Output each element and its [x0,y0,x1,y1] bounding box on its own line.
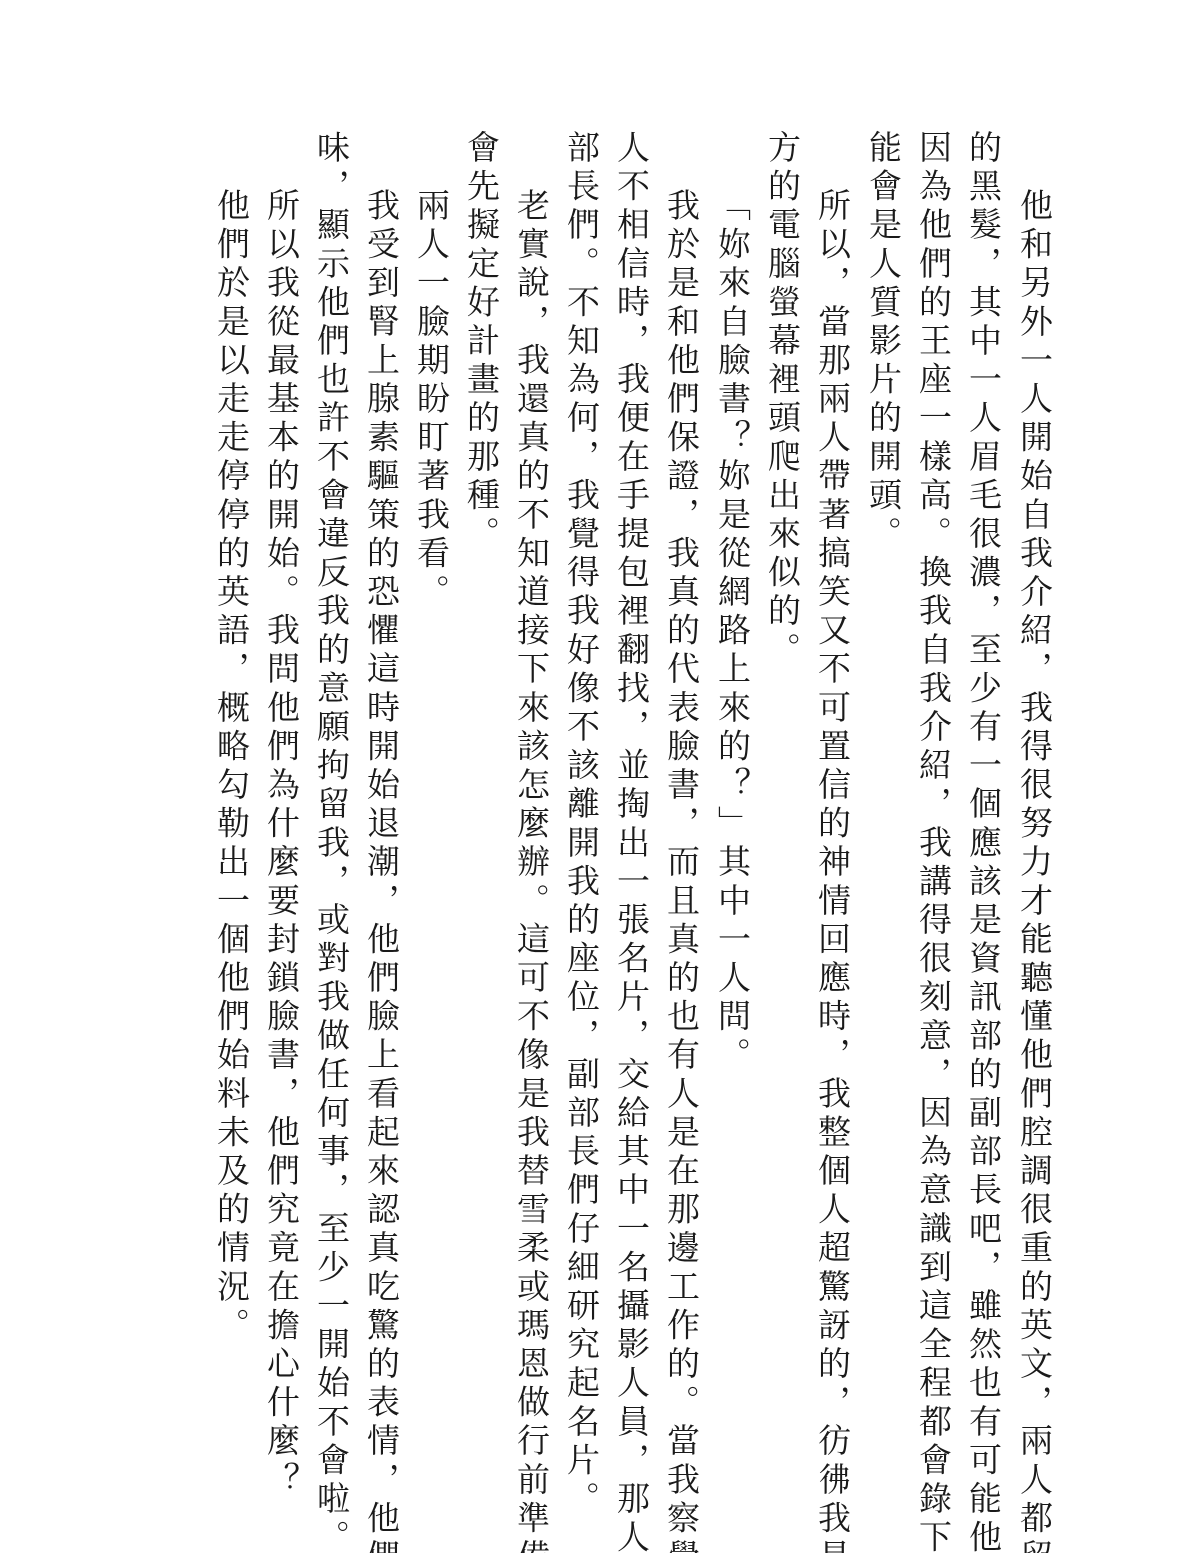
text-column-13: 兩人一臉期盼盯著我看。 [411,130,451,1450]
text-column-16: 所以我從最基本的開始。我問他們為什麼要封鎖臉書，他們究竟在擔心什麼？ [261,130,301,1450]
text-column-6: 方的電腦螢幕裡頭爬出來似的。 [762,130,802,1450]
text-column-12: 會先擬定好計畫的那種。 [461,130,501,1450]
text-column-3: 因為他們的王座一樣高。換我自我介紹，我講得很刻意，因為意識到這全程都會錄下來，且… [913,130,953,1450]
text-column-2: 的黑髮，其中一人眉毛很濃，至少有一個應該是資訊部的副部長吧，雖然也有可能他們兩個… [963,130,1003,1450]
document-page: 他和另外一人開始自我介紹，我得很努力才能聽懂他們腔調很重的英文，兩人都留著一頭短… [0,0,1200,1553]
text-column-17: 他們於是以走走停停的英語，概略勾勒出一個他們始料未及的情況。 [211,130,251,1450]
text-column-8: 我於是和他們保證，我真的代表臉書，而且真的也有人是在那邊工作的。當我察覺至少有一… [661,130,701,1450]
text-column-10: 部長們。不知為何，我覺得我好像不該離開我的座位，副部長們仔細研究起名片。 [561,130,601,1450]
text-column-15: 味，顯示他們也許不會違反我的意願拘留我，或對我做任何事，至少一開始不會啦。 [311,130,351,1450]
text-column-11: 老實說，我還真的不知道接下來該怎麼辦。這可不像是我替雪柔或瑪恩做行前準備的會議，… [511,130,551,1450]
text-column-9: 人不相信時，我便在手提包裡翻找，並掏出一張名片，交給其中一名攝影人員，那人走過去… [611,130,651,1450]
text-column-5: 所以，當那兩人帶著搞笑又不可置信的神情回應時，我整個人超驚訝的，彷彿我是剛從某個… [812,130,852,1450]
text-column-4: 能會是人質影片的開頭。 [863,130,903,1450]
text-column-1: 他和另外一人開始自我介紹，我得很努力才能聽懂他們腔調很重的英文，兩人都留著一頭短… [1014,130,1054,1450]
text-column-7: 「妳來自臉書？妳是從網路上來的？」其中一人問。 [712,130,752,1450]
text-column-14: 我受到腎上腺素驅策的恐懼這時開始退潮，他們臉上看起來認真吃驚的表情，他們的饒富興 [361,130,401,1450]
